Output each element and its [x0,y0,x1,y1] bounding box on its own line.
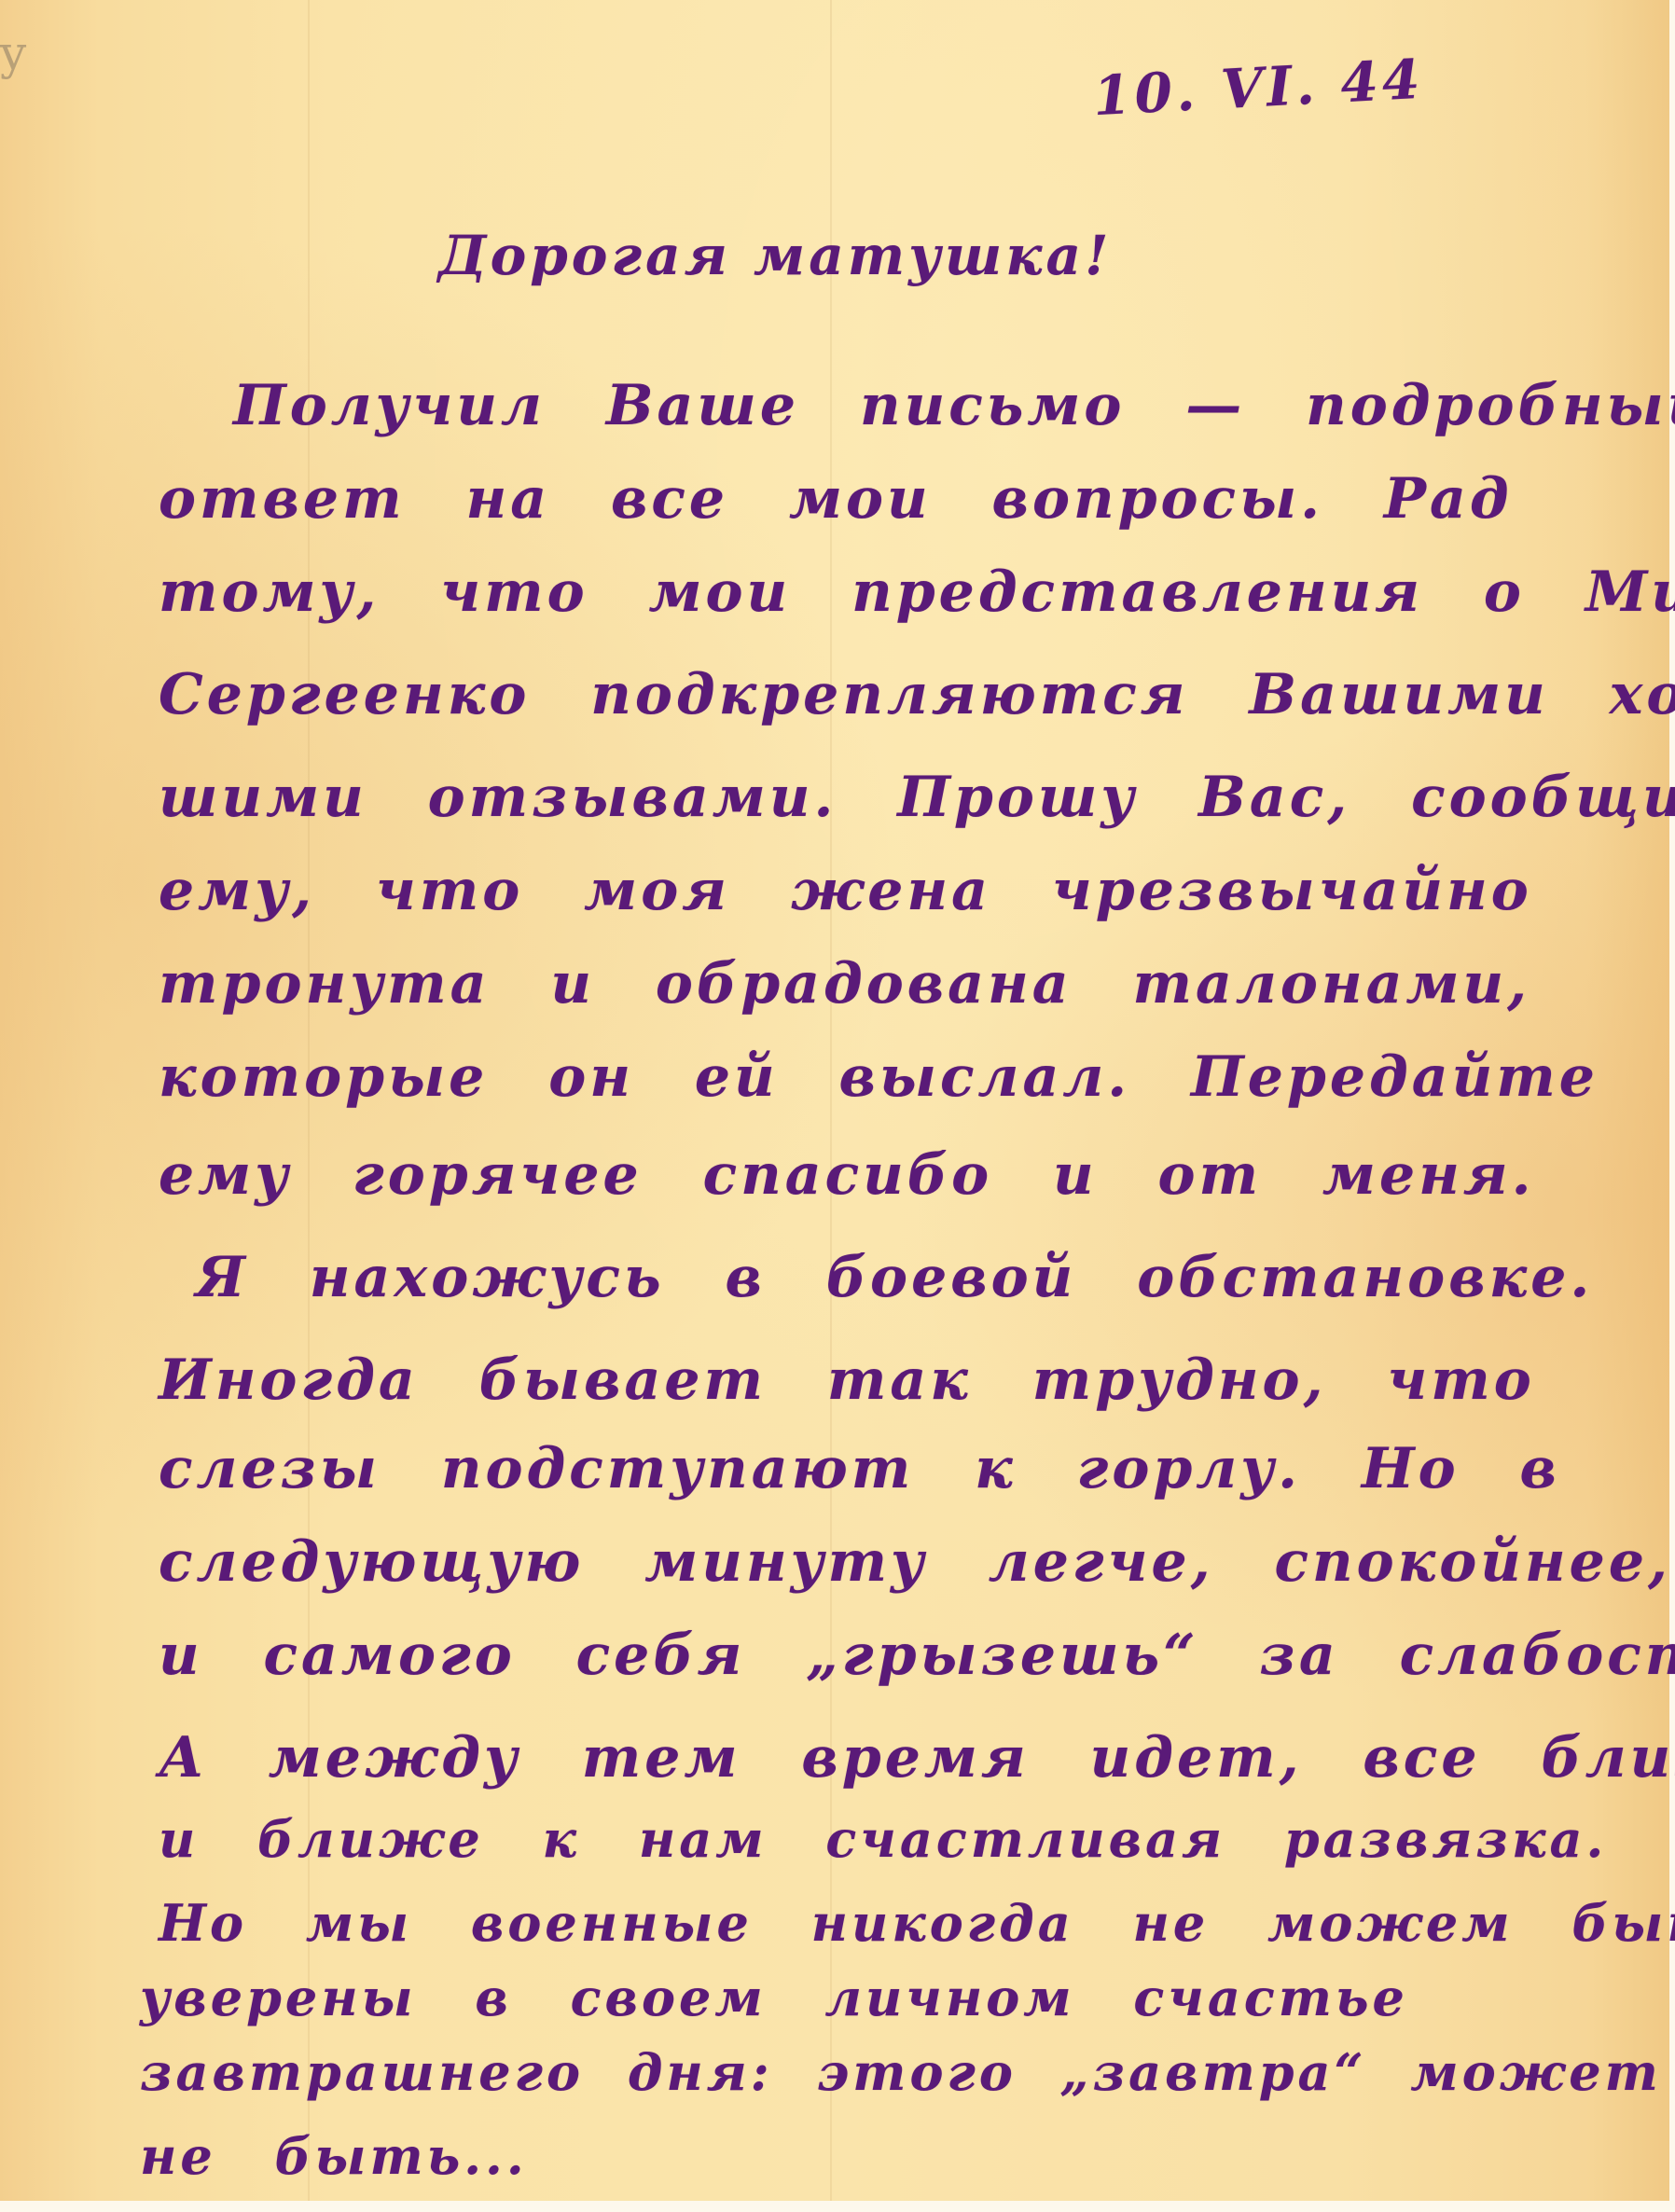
letter-line: Иногда бывает так трудно, что [159,1348,1535,1413]
letter-line: тронута и обрадована талонами, [159,951,1530,1016]
letter-line: Сергеенко подкрепляются Вашими хоро- [159,662,1675,727]
letter-line: ему, что моя жена чрезвычайно [159,858,1532,923]
letter-line: уверены в своем личном счастье [140,1968,1408,2027]
letter-line: слезы подступают к горлу. Но в [159,1436,1560,1501]
letter-line: Я нахожусь в боевой обстановке. [196,1245,1593,1310]
pencil-corner-mark: y [0,26,28,101]
letter-line: которые он ей выслал. Передайте [159,1044,1599,1110]
letter-line: следующую минуту легче, спокойнее, [159,1529,1671,1595]
letter-line: Получил Ваше письмо — подробный [233,373,1675,438]
letter-line: не быть... [140,2126,528,2186]
letter-date: 10. VI. 44 [1091,48,1424,128]
letter-salutation: Дорогая матушка! [438,224,1113,287]
letter-paper: y 10. VI. 44 Дорогая матушка! Получил Ва… [0,0,1669,2201]
letter-line: А между тем время идет, все ближе [159,1725,1675,1790]
letter-line: ответ на все мои вопросы. Рад [159,466,1513,532]
letter-line: Но мы военные никогда не можем быть [159,1893,1675,1953]
letter-line: ему горячее спасибо и от меня. [159,1142,1535,1208]
letter-line: шими отзывами. Прошу Вас, сообщите [159,765,1675,830]
letter-line: тому, что мои представления о Мише [159,560,1675,625]
letter-line: завтрашнего дня: этого „завтра“ может и [140,2042,1675,2102]
letter-line: и самого себя „грызешь“ за слабость. [159,1623,1675,1688]
letter-line: и ближе к нам счастливая развязка. [159,1809,1607,1869]
